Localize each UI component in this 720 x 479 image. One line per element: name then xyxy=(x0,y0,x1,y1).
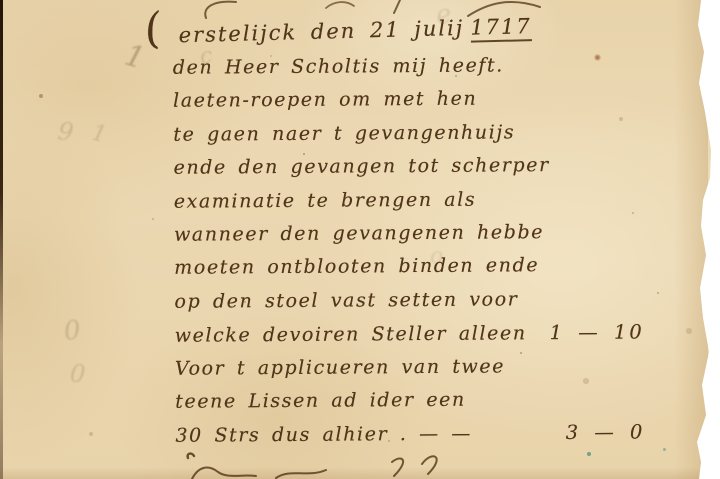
bleedthrough-mark: 9 xyxy=(56,117,75,147)
bleedthrough-mark: 1 xyxy=(121,38,149,77)
entry-text: wanneer den gevangenen hebbe xyxy=(174,216,544,252)
entry-text: teene Lissen ad ider een xyxy=(175,384,466,419)
entry-line: 30 Strs dus alhier . — —3 — 0 xyxy=(149,415,695,452)
cutoff-penstrokes-bottom xyxy=(172,452,492,479)
entry-line: te gaen naer t gevangenhuijs xyxy=(147,115,693,152)
entry-text: Voor t applicueren van twee xyxy=(175,350,505,386)
entry-text: examinatie te brengen als xyxy=(174,183,477,219)
entry-line: ende den gevangen tot scherper xyxy=(147,148,693,185)
entry-line: wanneer den gevangenen hebbe xyxy=(148,215,694,252)
entry-text: moeten ontblooten binden ende xyxy=(174,250,539,286)
entry-line: moeten ontblooten binden ende xyxy=(148,248,694,285)
paper-stain xyxy=(587,452,591,456)
entry-text: 30 Strs dus alhier . — — xyxy=(175,418,472,453)
paper-freckles xyxy=(0,0,2,2)
manuscript-text: (erstelijck den 21 julij1717 den Heer Sc… xyxy=(146,6,695,452)
entry-text: ende den gevangen tot scherper xyxy=(173,149,549,185)
entry-amount: 3 — 0 xyxy=(566,415,696,449)
entry-line: welcke devoiren Steller alleen1 — 10 xyxy=(149,315,695,352)
opening-flourish: ( xyxy=(141,7,166,51)
entry-text: welcke devoiren Steller alleen xyxy=(175,317,527,353)
bleedthrough-mark: 0 xyxy=(62,315,82,347)
bleedthrough-mark: 0 xyxy=(69,360,86,389)
date-text: erstelijck den 21 julij xyxy=(178,16,464,47)
entry-line: laeten-roepen om met hen xyxy=(147,81,693,118)
paper-left-edge xyxy=(0,0,3,479)
entry-amount: 1 — 10 xyxy=(549,315,694,349)
entry-text: op den stoel vast setten voor xyxy=(174,283,518,319)
entry-text: te gaen naer t gevangenhuijs xyxy=(173,116,515,152)
bleedthrough-mark: 1 xyxy=(89,121,109,149)
entry-line: examinatie te brengen als xyxy=(148,182,694,219)
photo-stage: 1 c 9 1 0 0 e o (erstelijck den 21 julij… xyxy=(0,0,720,479)
entry-line: Voor t applicueren van twee xyxy=(149,349,695,386)
entry-text: laeten-roepen om met hen xyxy=(173,83,477,119)
entry-line: teene Lissen ad ider een xyxy=(149,382,695,419)
entry-line: op den stoel vast setten voor xyxy=(148,282,694,319)
year-underlined: 1717 xyxy=(470,14,532,43)
manuscript-page: 1 c 9 1 0 0 e o (erstelijck den 21 julij… xyxy=(0,0,720,479)
